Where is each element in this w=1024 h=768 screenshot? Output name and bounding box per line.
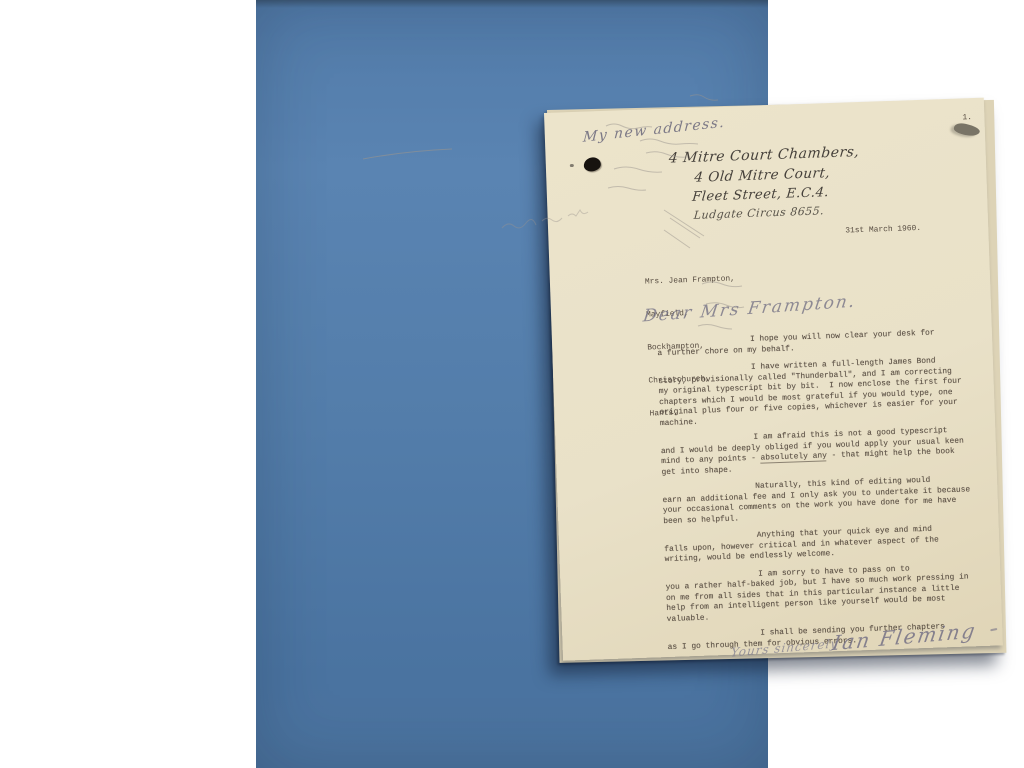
page-number: 1.	[962, 113, 972, 122]
pencil-scribble	[646, 152, 688, 157]
pencil-scribble	[698, 325, 732, 330]
pencil-scribble	[614, 167, 662, 172]
pencil-docket-note-scribble	[502, 210, 588, 228]
photo-blue-backdrop: My new address. 4 Mitre Court Chambers, …	[256, 0, 768, 768]
pencil-scribble	[606, 124, 652, 129]
pencil-pointer-line	[363, 149, 452, 159]
pencil-scribble	[706, 303, 744, 308]
pencil-scribbles-overlay	[256, 0, 768, 768]
letter-date: 31st March 1960.	[845, 224, 921, 236]
signature-flourish	[990, 628, 997, 631]
pencil-scribble	[690, 95, 718, 100]
smudge-mark	[953, 122, 981, 138]
pencil-scribble	[640, 139, 698, 144]
pencil-scribble	[664, 210, 704, 248]
pencil-scribble	[702, 282, 742, 287]
pencil-scribble	[608, 187, 646, 191]
